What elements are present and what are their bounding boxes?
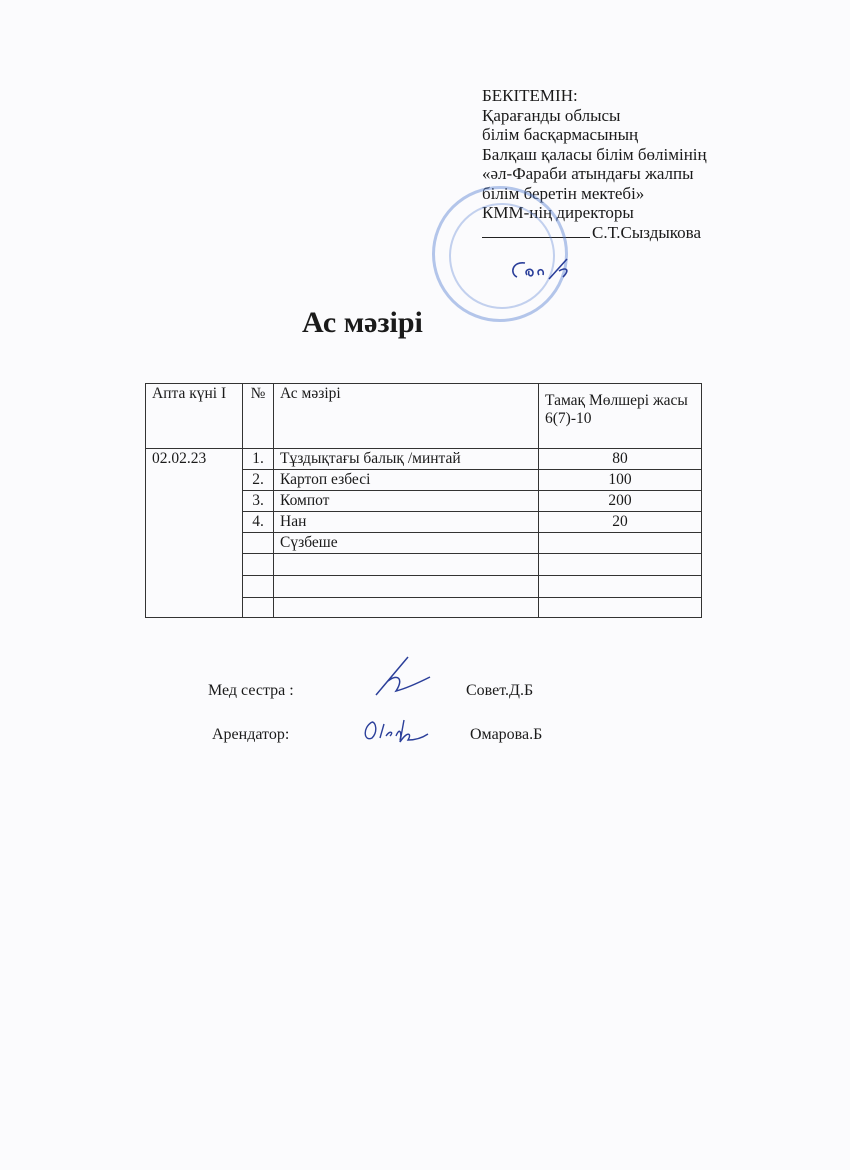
- approval-heading: БЕКІТЕМІН:: [482, 86, 707, 106]
- row-qty: 20: [539, 512, 702, 533]
- row-num: 3.: [243, 491, 274, 512]
- row-qty: [539, 533, 702, 554]
- row-num: [243, 533, 274, 554]
- approval-line: білім басқармасының: [482, 125, 707, 145]
- official-stamp-icon: [432, 186, 568, 322]
- row-dish: [274, 554, 539, 576]
- row-dish: Тұздықтағы балық /минтай: [274, 449, 539, 470]
- table-header-row: Апта күні І № Ас мәзірі Тамақ Мөлшері жа…: [146, 384, 702, 449]
- nurse-signature-icon: [368, 655, 438, 699]
- row-qty: 100: [539, 470, 702, 491]
- table-row: 02.02.23 1. Тұздықтағы балық /минтай 80: [146, 449, 702, 470]
- row-dish: Нан: [274, 512, 539, 533]
- header-qty: Тамақ Мөлшері жасы 6(7)-10: [539, 384, 702, 449]
- row-dish: [274, 576, 539, 598]
- row-num: [243, 554, 274, 576]
- approval-line: Қарағанды облысы: [482, 106, 707, 126]
- row-num: 2.: [243, 470, 274, 491]
- row-qty: 80: [539, 449, 702, 470]
- row-num: [243, 598, 274, 618]
- row-qty: [539, 576, 702, 598]
- row-num: 4.: [243, 512, 274, 533]
- row-num: 1.: [243, 449, 274, 470]
- tenant-label: Арендатор:: [212, 726, 289, 744]
- tenant-name: Омарова.Б: [470, 726, 542, 744]
- row-qty: 200: [539, 491, 702, 512]
- row-qty: [539, 598, 702, 618]
- page-title: Ас мәзірі: [302, 306, 423, 340]
- nurse-name: Совет.Д.Б: [466, 682, 533, 700]
- menu-table: Апта күні І № Ас мәзірі Тамақ Мөлшері жа…: [145, 383, 702, 618]
- date-cell: 02.02.23: [146, 449, 243, 618]
- row-dish: [274, 598, 539, 618]
- director-signature-icon: [505, 255, 585, 285]
- header-dish: Ас мәзірі: [274, 384, 539, 449]
- tenant-signature-icon: [360, 714, 430, 748]
- row-num: [243, 576, 274, 598]
- director-name: С.Т.Сыздыкова: [592, 223, 701, 242]
- approval-line: «әл-Фараби атындағы жалпы: [482, 164, 707, 184]
- approval-line: Балқаш қаласы білім бөлімінің: [482, 145, 707, 165]
- row-dish: Картоп езбесі: [274, 470, 539, 491]
- row-qty: [539, 554, 702, 576]
- row-dish: Сүзбеше: [274, 533, 539, 554]
- row-dish: Компот: [274, 491, 539, 512]
- header-day: Апта күні І: [146, 384, 243, 449]
- nurse-label: Мед сестра :: [208, 682, 294, 700]
- header-num: №: [243, 384, 274, 449]
